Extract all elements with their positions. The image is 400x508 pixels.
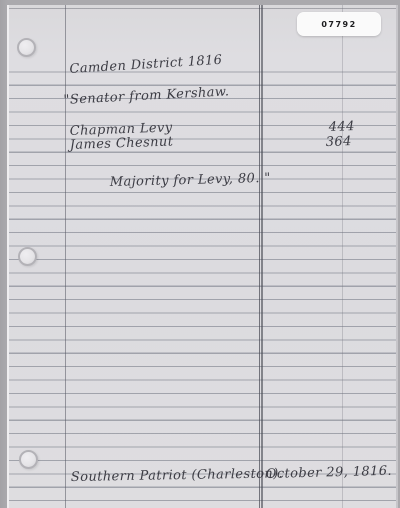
archive-label-sticker: 07792	[297, 12, 381, 36]
scan-background: 07792 Camden District 1816 "Senator from…	[0, 0, 400, 508]
left-margin-rule	[65, 5, 66, 508]
notebook-page: 07792 Camden District 1816 "Senator from…	[7, 5, 398, 508]
page-top-edge-line	[9, 8, 396, 9]
punch-hole-middle	[18, 247, 37, 266]
paper-crease-line	[342, 5, 343, 508]
punch-hole-bottom	[19, 450, 38, 469]
result-vote-count: 444	[328, 119, 355, 135]
punch-hole-top	[17, 38, 36, 57]
archive-label-number: 07792	[321, 20, 356, 29]
result-vote-count: 364	[325, 134, 352, 150]
column-divider-rule	[259, 5, 263, 508]
